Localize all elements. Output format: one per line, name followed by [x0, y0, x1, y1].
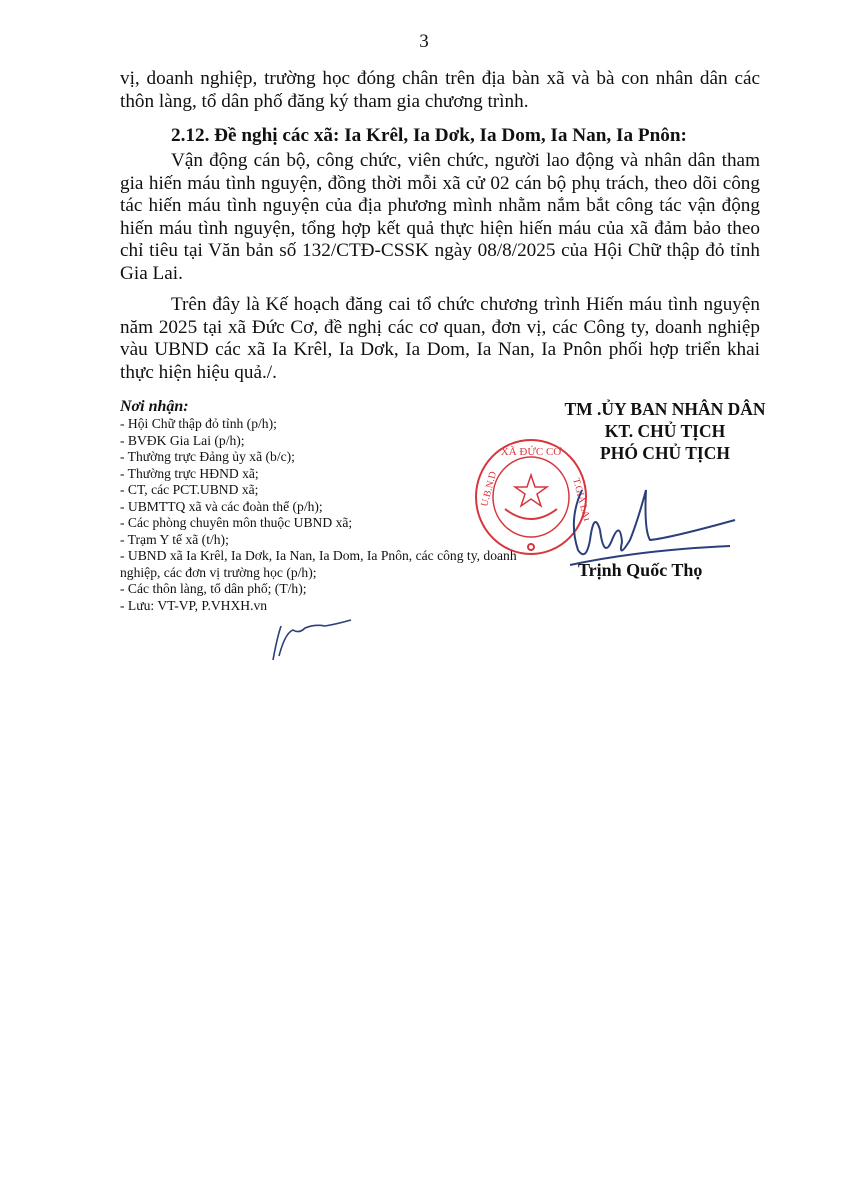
recipient-item: - Lưu: VT-VP, P.VHXH.vn: [120, 598, 520, 615]
recipient-item: - Các phòng chuyên môn thuộc UBND xã;: [120, 515, 520, 532]
svg-text:XÃ ĐỨC CƠ: XÃ ĐỨC CƠ: [501, 446, 563, 458]
svg-text:U.B.N.D: U.B.N.D: [479, 470, 499, 507]
closing-paragraph: Trên đây là Kế hoạch đăng cai tổ chức ch…: [120, 294, 760, 384]
handwritten-signature-icon: [560, 480, 740, 570]
section-heading: 2.12. Đề nghị các xã: Ia Krêl, Ia Dơk, I…: [171, 125, 687, 147]
section-body-paragraph: Vận động cán bộ, công chức, viên chức, n…: [120, 150, 760, 285]
recipient-item: - Thường trực HĐND xã;: [120, 466, 520, 483]
recipient-item: - Hội Chữ thập đỏ tỉnh (p/h);: [120, 416, 520, 433]
initials-signature-icon: [265, 618, 355, 663]
signer-org: TM .ỦY BAN NHÂN DÂN: [520, 398, 810, 420]
recipient-item: - UBND xã Ia Krêl, Ia Dơk, Ia Nan, Ia Do…: [120, 548, 520, 581]
recipients-list: - Hội Chữ thập đỏ tỉnh (p/h);- BVĐK Gia …: [120, 416, 520, 614]
closing-text: Trên đây là Kế hoạch đăng cai tổ chức ch…: [120, 294, 760, 384]
recipient-item: - CT, các PCT.UBND xã;: [120, 482, 520, 499]
signer-name: Trịnh Quốc Thọ: [578, 560, 702, 581]
recipient-item: - UBMTTQ xã và các đoàn thể (p/h);: [120, 499, 520, 516]
recipients-block: Nơi nhận: - Hội Chữ thập đỏ tỉnh (p/h);-…: [120, 398, 520, 614]
continuation-paragraph: vị, doanh nghiệp, trường học đóng chân t…: [120, 68, 760, 113]
recipient-item: - Các thôn làng, tổ dân phố; (T/h);: [120, 581, 520, 598]
recipients-title: Nơi nhận:: [120, 398, 520, 416]
recipient-item: - Thường trực Đảng ủy xã (b/c);: [120, 449, 520, 466]
section-body-text: Vận động cán bộ, công chức, viên chức, n…: [120, 150, 760, 285]
page-number: 3: [0, 31, 848, 53]
continuation-text: vị, doanh nghiệp, trường học đóng chân t…: [120, 68, 760, 113]
recipient-item: - BVĐK Gia Lai (p/h);: [120, 433, 520, 450]
recipient-item: - Trạm Y tế xã (t/h);: [120, 532, 520, 549]
